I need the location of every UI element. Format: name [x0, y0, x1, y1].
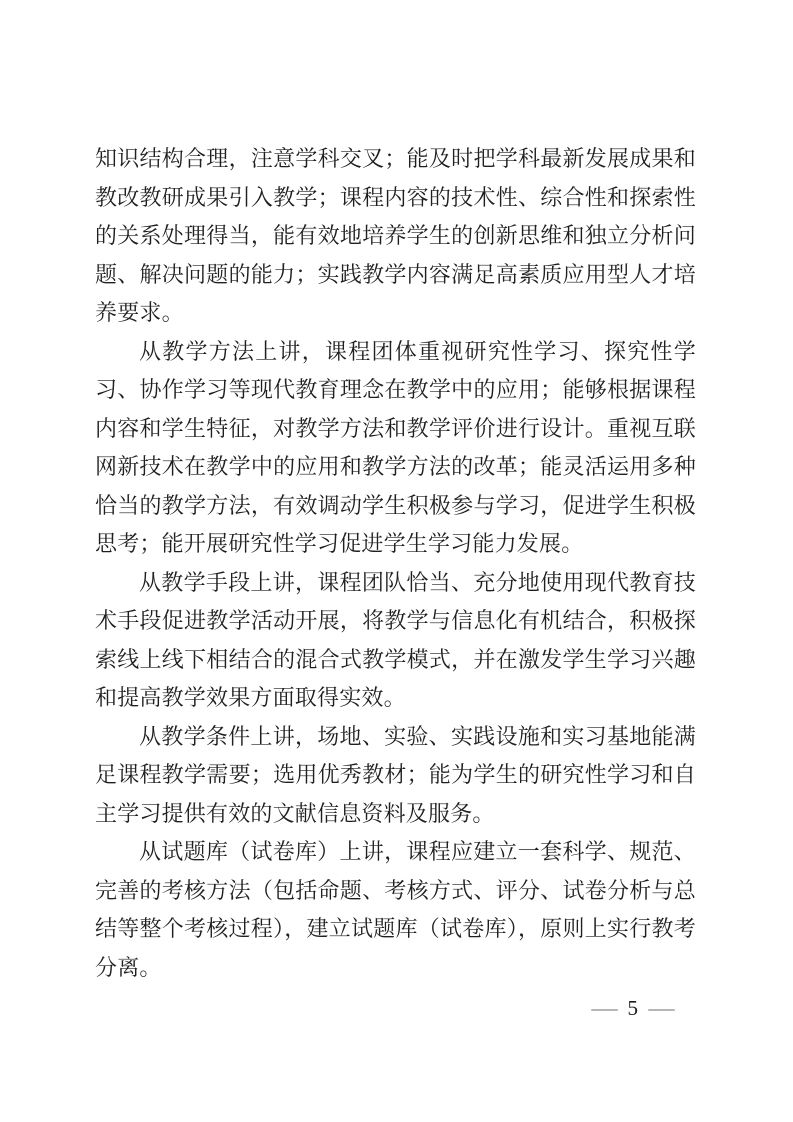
page-footer: — 5 —	[594, 996, 673, 1020]
footer-dash-left: —	[591, 996, 617, 1020]
paragraph-3: 从教学手段上讲，课程团队恰当、充分地使用现代教育技术手段促进教学活动开展，将教学…	[95, 564, 696, 718]
paragraph-5: 从试题库（试卷库）上讲，课程应建立一套科学、规范、完善的考核方法（包括命题、考核…	[95, 833, 696, 987]
footer-dash-right: —	[648, 996, 674, 1020]
document-body: 知识结构合理，注意学科交叉；能及时把学科最新发展成果和教改教研成果引入教学；课程…	[95, 140, 696, 987]
paragraph-2: 从教学方法上讲，课程团体重视研究性学习、探究性学习、协作学习等现代教育理念在教学…	[95, 333, 696, 564]
paragraph-4: 从教学条件上讲，场地、实验、实践设施和实习基地能满足课程教学需要；选用优秀教材；…	[95, 718, 696, 834]
page-number: 5	[628, 996, 639, 1020]
paragraph-1: 知识结构合理，注意学科交叉；能及时把学科最新发展成果和教改教研成果引入教学；课程…	[95, 140, 696, 333]
document-page: 知识结构合理，注意学科交叉；能及时把学科最新发展成果和教改教研成果引入教学；课程…	[0, 0, 793, 1122]
